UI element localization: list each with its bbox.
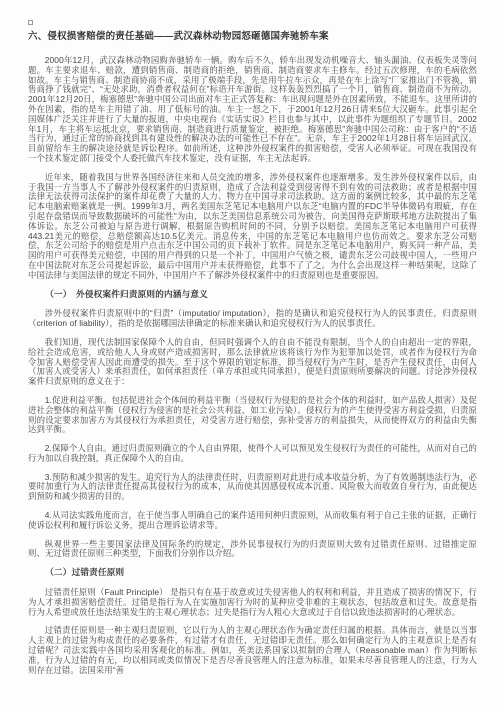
paragraph-point-4-judicial-practice: 4.从司法实践角度而言，在于使当事人明确自己的案件适用何种归责原则，从而收集有利…	[28, 511, 477, 531]
paragraph-point-2-personal-freedom: 2.保障个人自由。通过归责原则确立的个人自由界限，使得个人可以预见发生侵权行为责…	[28, 444, 477, 464]
paragraph-benz-case-facts: 2000年12月，武汉森林动物园购奔驰轿车一辆。购车后不久，轿车出现发动机噪音大…	[28, 56, 477, 164]
section-heading-1: （一） 外侵权案件归责原则的内涵与意义	[28, 290, 477, 300]
paragraph-freedom-and-liability: 我们知道，现代法制国家保障个人的自由，但同时强调个人的自由不能没有限制，当个人的…	[28, 338, 477, 387]
paragraph-fault-principle-definition: 过错责任原则（Fault Principle） 是指只有在基于故意或过失侵害他人…	[28, 588, 477, 617]
paragraph-fault-principle-subjective-standard: 过错责任原则是一种主观归责原则，它以行为人的主观心理状态作为确定责任归属的根据。…	[28, 626, 477, 675]
paragraph-toshiba-case-background: 近年来，随着我国与世界各国经济往来和人员交流的增多，涉外侵权案件也逐渐增多。发生…	[28, 173, 477, 281]
section-heading-2: （二）过错责任原则	[28, 568, 477, 578]
paragraph-three-principle-types: 纵观世界一些主要国家法律及国际条约的规定，涉外民事侵权行为的归责原则大致有过错责…	[28, 540, 477, 560]
paragraph-point-3-damage-prevention: 3.预防和减少损害的发生。追究行为人的法律责任时，归责原则对此进行成本收益分析，…	[28, 473, 477, 502]
document-page: 六、侵权损害赔偿的责任基础——武汉森林动物园怒砸德国奔驰轿车案 2000年12月…	[0, 0, 504, 713]
paragraph-imputation-definition: 涉外侵权案件归责原则中的“归责”（imputatio/ imputation），…	[28, 309, 477, 329]
document-content: 六、侵权损害赔偿的责任基础——武汉森林动物园怒砸德国奔驰轿车案 2000年12月…	[28, 31, 477, 684]
document-title: 六、侵权损害赔偿的责任基础——武汉森林动物园怒砸德国奔驰轿车案	[28, 31, 477, 42]
anchor-square-icon	[28, 20, 33, 25]
paragraph-point-1-interest-balance: 1.促进利益平衡。包括促进社会个体间的利益平衡（当侵权行为侵犯的是社会个体的利益…	[28, 396, 477, 435]
